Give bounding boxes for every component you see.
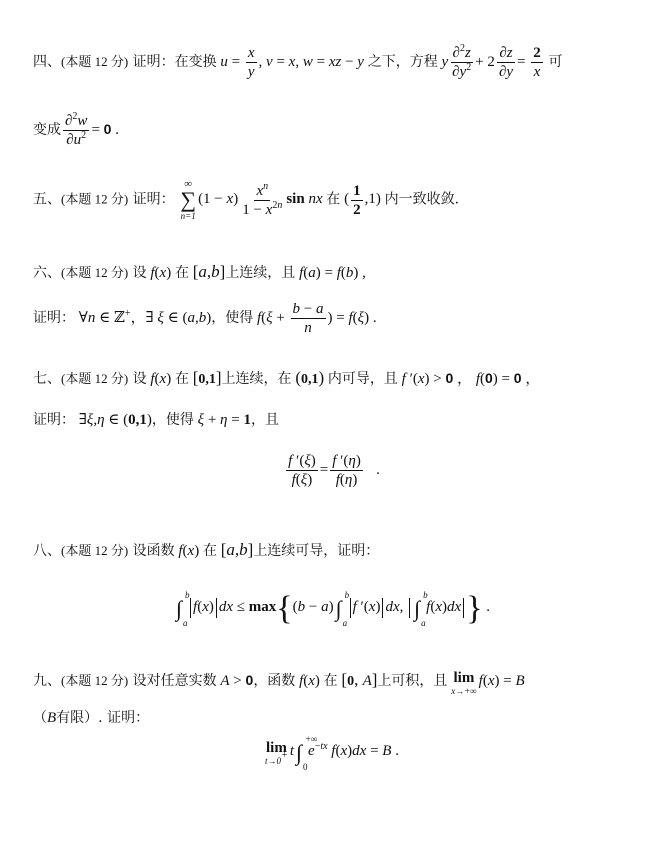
condition: f(a) = f(b) ,: [299, 265, 366, 281]
problem-number: 七、: [33, 371, 61, 387]
derivative-condition: f ′(x) > 0 ，: [402, 371, 472, 387]
limit-expression: limx→+∞f(x) = B: [451, 673, 524, 689]
problem-text: 内一致收敛.: [385, 191, 459, 207]
problem-text: ，且: [251, 412, 279, 428]
interval: [0, A]: [341, 670, 377, 689]
problem-text: ，函数: [253, 673, 295, 689]
problem-points: (本题 12 分): [61, 543, 128, 558]
problem-text: 上可积，且: [377, 673, 447, 689]
lim-label: lim: [453, 670, 474, 686]
quantifier: ∃ξ,η ∈ (0,1): [79, 412, 152, 428]
problem-5: 五、(本题 12 分) 证明： ∞∑n=1(1 − x)xn1 − x2nsin…: [33, 178, 459, 222]
target-equation: ∂2w∂u2= 0 .: [61, 122, 119, 138]
problem-text: 之下，方程: [368, 54, 438, 70]
problem-9-line-1: 九、(本题 12 分) 设对任意实数 A > 0，函数 f(x) 在 [0, A…: [33, 670, 525, 696]
transform-expression: u = xy, v = x, w = xz − y: [220, 54, 364, 70]
problem-points: (本题 12 分): [61, 54, 128, 69]
problem-text: ，使得: [211, 310, 253, 326]
interval: [a,b]: [221, 540, 254, 559]
condition: A > 0: [220, 673, 253, 689]
problem-number: 四、: [33, 54, 61, 70]
problem-text: 设: [128, 371, 146, 387]
problem-6-line-2: 证明： ∀n ∈ ℤ+，∃ ξ ∈ (a,b)，使得 f(ξ + b − an)…: [33, 300, 377, 337]
problem-text: ，使得: [152, 412, 194, 428]
problem-8-line-1: 八、(本题 12 分) 设函数 f(x) 在 [a,b]上连续可导，证明：: [33, 540, 379, 561]
problem-text: 在: [203, 543, 217, 559]
target-equation: f(ξ + b − an) = f(ξ) .: [257, 310, 377, 326]
problem-number: 六、: [33, 265, 61, 281]
closed-interval: [0,1]: [193, 368, 222, 387]
interval: (12,1): [344, 191, 381, 207]
problem-text: 可: [549, 54, 563, 70]
sum-condition: ξ + η = 1: [198, 412, 251, 428]
quantifier: ∀n ∈ ℤ+，∃ ξ ∈ (a,b): [79, 310, 211, 326]
problem-text: 上连续，且: [225, 265, 295, 281]
problem-text: 设: [128, 265, 146, 281]
problem-text: 在: [324, 673, 338, 689]
problem-text: （: [33, 710, 47, 726]
interval: [a,b]: [193, 262, 226, 281]
problem-text: 证明：: [33, 310, 75, 326]
function: f: [150, 265, 154, 281]
problem-text: 在: [175, 265, 189, 281]
problem-text: 设函数: [128, 543, 174, 559]
problem-text: 变成: [33, 122, 61, 138]
problem-text: 设对任意实数: [128, 673, 216, 689]
problem-number: 九、: [33, 673, 61, 689]
pde-equation: y∂2z∂y2+ 2∂z∂y= 2x: [441, 54, 544, 70]
series-expression: ∞∑n=1(1 − x)xn1 − x2nsin nx: [178, 191, 322, 207]
problem-text: 内可导，且: [328, 371, 398, 387]
problem-text: 证明：: [33, 412, 75, 428]
problem-text: 上连续可导，证明：: [253, 543, 379, 559]
problem-points: (本题 12 分): [61, 265, 128, 280]
problem-7-line-1: 七、(本题 12 分) 设 f(x) 在 [0,1]上连续，在 (0,1) 内可…: [33, 368, 540, 390]
problem-6-line-1: 六、(本题 12 分) 设 f(x) 在 [a,b]上连续，且 f(a) = f…: [33, 262, 366, 283]
problem-text: 证明：在变换: [128, 54, 216, 70]
problem-text: 在: [175, 371, 189, 387]
max-label: max: [249, 599, 277, 615]
problem-points: (本题 12 分): [61, 191, 128, 206]
problem-7-line-2: 证明： ∃ξ,η ∈ (0,1)，使得 ξ + η = 1，且: [33, 410, 279, 430]
problem-4-line-2: 变成∂2w∂u2= 0 .: [33, 112, 119, 149]
problem-points: (本题 12 分): [61, 673, 128, 688]
sin-label: sin: [286, 191, 304, 207]
problem-4-line-1: 四、(本题 12 分) 证明：在变换 u = xy, v = x, w = xz…: [33, 44, 563, 81]
problem-9-line-2: （B有限）. 证明：: [33, 708, 149, 728]
problem-7-display-equation: f ′(ξ)f(ξ)=f ′(η)f(η) .: [0, 452, 664, 489]
problem-text: 有限）. 证明：: [56, 710, 149, 726]
initial-condition: f(0) = 0 ，: [476, 371, 541, 387]
problem-number: 五、: [33, 191, 61, 207]
problem-text: 证明：: [128, 191, 174, 207]
problem-text: 在: [326, 191, 340, 207]
problem-text: 上连续，在: [222, 371, 292, 387]
problem-8-display-equation: ∫baf(x)dx ≤ max{(b − a)∫baf ′(x)dx, ∫baf…: [0, 590, 664, 628]
open-interval: (0,1): [295, 368, 324, 387]
problem-9-display-equation: limt→0+t∫+∞0e−tx f(x)dx = B .: [0, 740, 664, 766]
problem-number: 八、: [33, 543, 61, 559]
problem-points: (本题 12 分): [61, 371, 128, 386]
